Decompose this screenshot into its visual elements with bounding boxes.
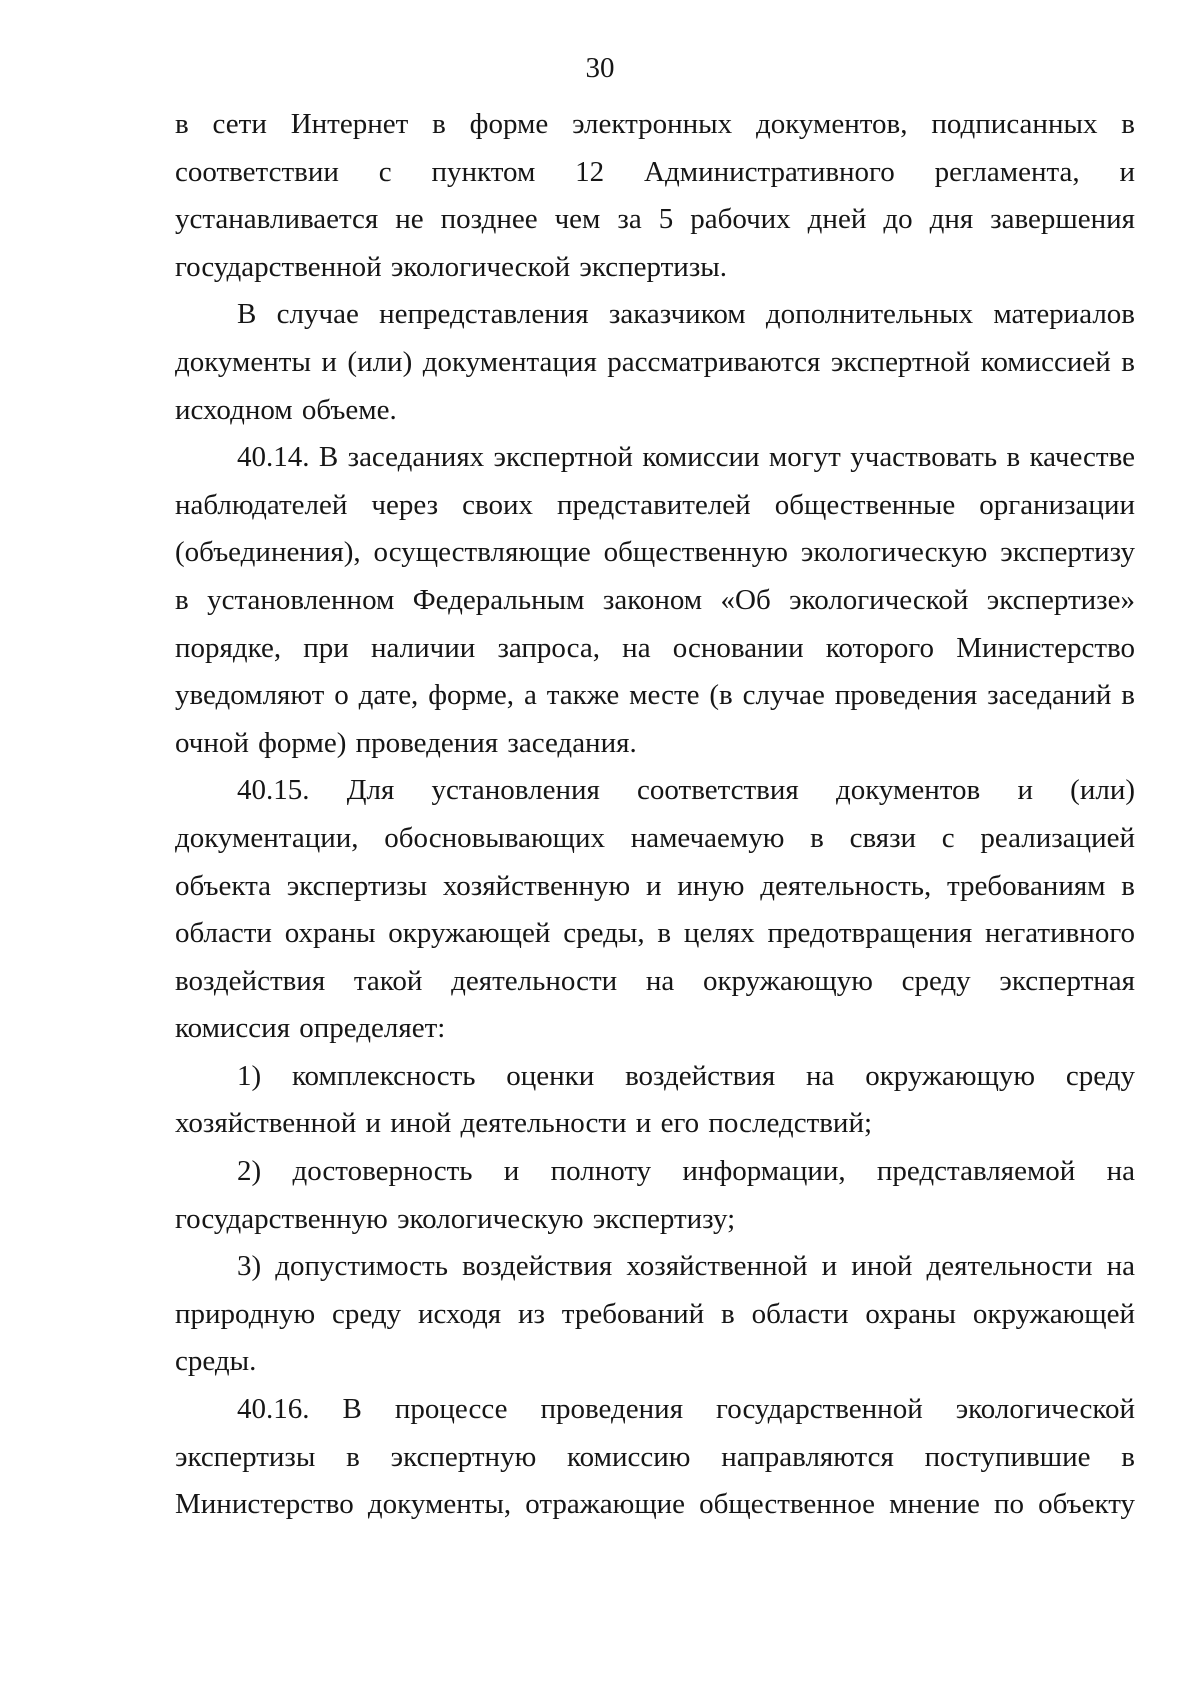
page-number: 30: [0, 52, 1200, 85]
list-item-1: 1) комплексность оценки воздействия на о…: [175, 1053, 1135, 1148]
paragraph-additional-materials: В случае непредставления заказчиком допо…: [175, 291, 1135, 434]
paragraph-40-15: 40.15. Для установления соответствия док…: [175, 767, 1135, 1053]
paragraph-40-16: 40.16. В процессе проведения государстве…: [175, 1386, 1135, 1529]
document-page: 30 в сети Интернет в форме электронных д…: [0, 0, 1200, 1698]
paragraph-40-14: 40.14. В заседаниях экспертной комиссии …: [175, 434, 1135, 767]
list-item-3: 3) допустимость воздействия хозяйственно…: [175, 1243, 1135, 1386]
list-item-2: 2) достоверность и полноту информации, п…: [175, 1148, 1135, 1243]
document-body: в сети Интернет в форме электронных доку…: [175, 101, 1135, 1529]
paragraph-continuation: в сети Интернет в форме электронных доку…: [175, 101, 1135, 291]
